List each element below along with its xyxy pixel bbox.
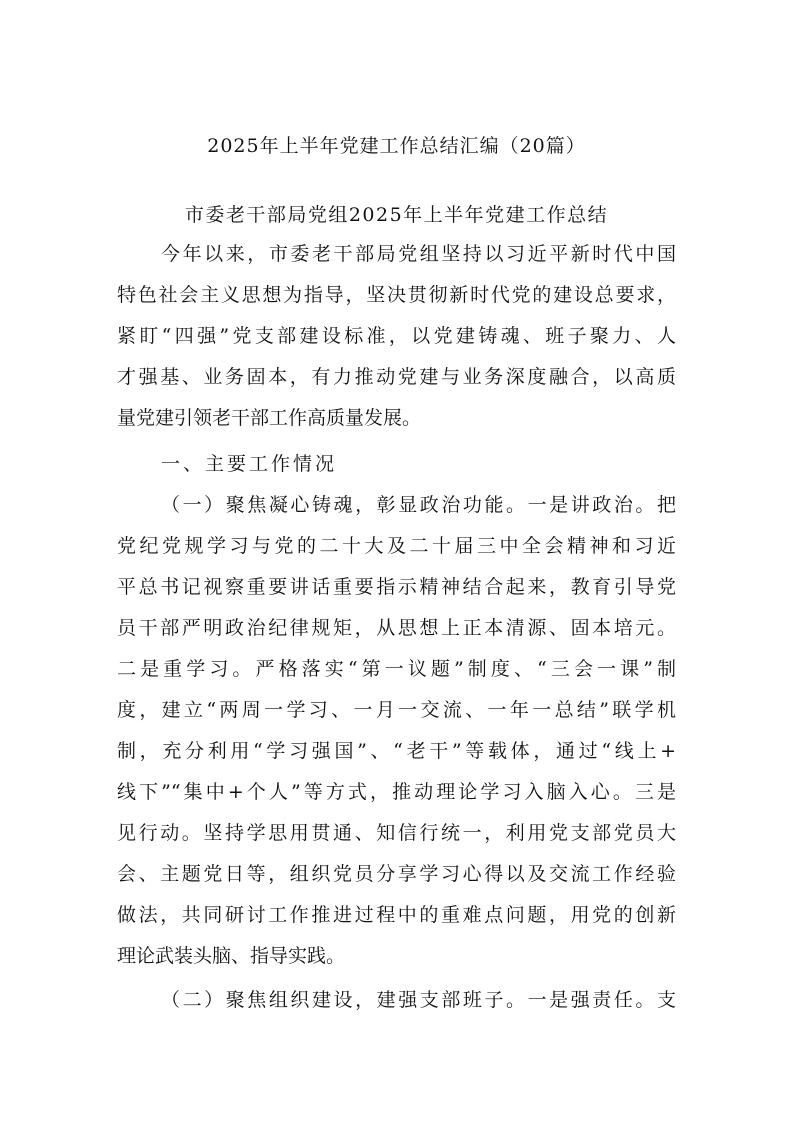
paragraph-line: 会、主题党日等，组织党员分享学习心得以及交流工作经验 (117, 861, 676, 887)
document-title: 2025年上半年党建工作总结汇编（20篇） (0, 131, 793, 158)
paragraph-line: 量党建引领老干部工作高质量发展。 (117, 405, 676, 431)
paragraph-line: 平总书记视察重要讲话重要指示精神结合起来，教育引导党 (117, 574, 676, 600)
paragraph-line: 特色社会主义思想为指导，坚决贯彻新时代党的建设总要求， (117, 282, 676, 308)
section-heading: 一、主要工作情况 (161, 451, 461, 477)
paragraph-line: 二是重学习。严格落实“第一议题”制度、“三会一课”制 (117, 656, 676, 682)
paragraph-line: 党纪党规学习与党的二十大及二十届三中全会精神和习近 (117, 533, 676, 559)
paragraph-line: 线下”“集中+个人”等方式，推动理论学习入脑入心。三是 (117, 779, 676, 805)
paragraph-line: 才强基、业务固本，有力推动党建与业务深度融合，以高质 (117, 364, 676, 390)
paragraph-line: 做法，共同研讨工作推进过程中的重难点问题，用党的创新 (117, 902, 676, 928)
paragraph-line: 紧盯“四强”党支部建设标准，以党建铸魂、班子聚力、人 (117, 323, 676, 349)
paragraph-line: 今年以来，市委老干部局党组坚持以习近平新时代中国 (161, 241, 676, 267)
paragraph-line: 理论武装头脑、指导实践。 (117, 943, 676, 969)
article-subtitle: 市委老干部局党组2025年上半年党建工作总结 (0, 200, 793, 227)
paragraph-line: 制，充分利用“学习强国”、“老干”等载体，通过“线上+ (117, 738, 676, 764)
paragraph-line: 员干部严明政治纪律规矩，从思想上正本清源、固本培元。 (117, 615, 676, 641)
document-page: 2025年上半年党建工作总结汇编（20篇） 市委老干部局党组2025年上半年党建… (0, 0, 793, 1122)
paragraph-line: 见行动。坚持学思用贯通、知信行统一，利用党支部党员大 (117, 820, 676, 846)
paragraph-line: （二）聚焦组织建设，建强支部班子。一是强责任。支 (161, 987, 676, 1013)
paragraph-line: 度，建立“两周一学习、一月一交流、一年一总结”联学机 (117, 697, 676, 723)
paragraph-line: （一）聚焦凝心铸魂，彰显政治功能。一是讲政治。把 (161, 492, 676, 518)
